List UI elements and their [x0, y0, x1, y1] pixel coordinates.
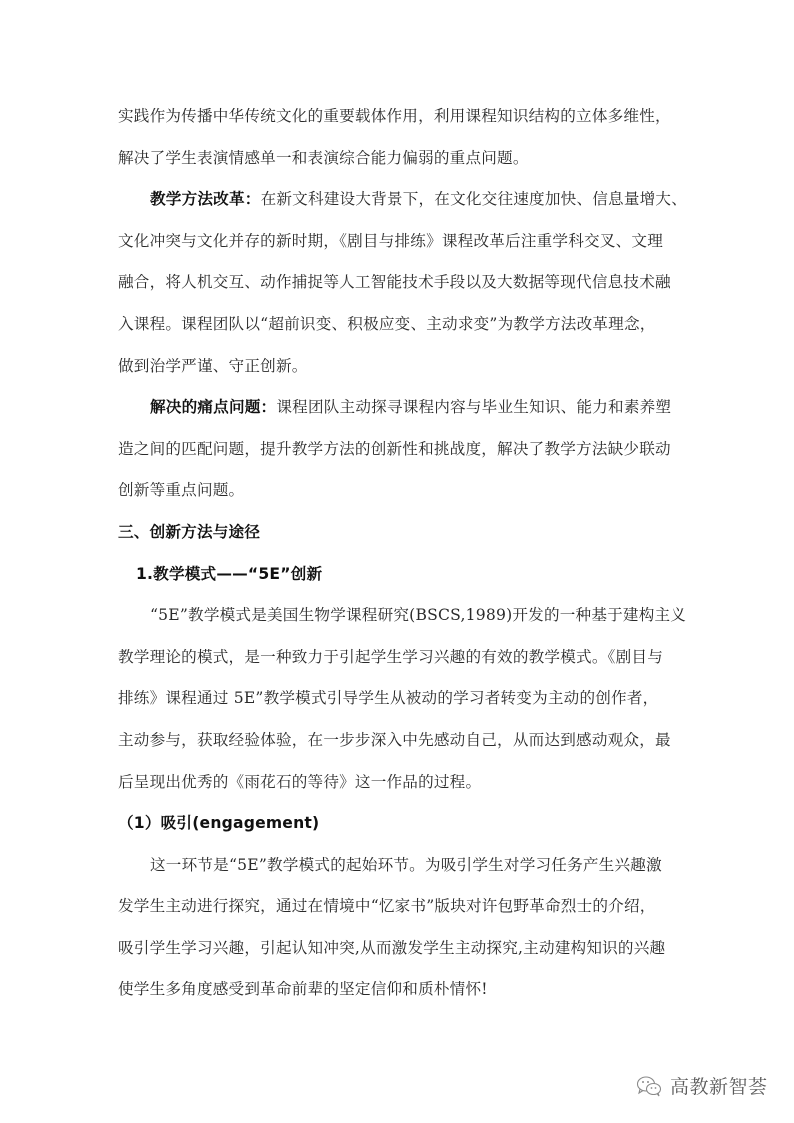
text-line: 吸引学生学习兴趣，引起认知冲突,从而激发学生主动探究,主动建构知识的兴趣: [118, 928, 674, 970]
text-line: 做到治学严谨、守正创新。: [118, 346, 674, 388]
paragraph-label: 教学方法改革：: [150, 190, 261, 208]
text-line: 使学生多角度感受到革命前辈的坚定信仰和质朴情怀!: [118, 969, 674, 1011]
item-heading: （1）吸引(engagement): [118, 803, 674, 845]
text-line: 实践作为传播中华传统文化的重要载体作用，利用课程知识结构的立体多维性，: [118, 96, 674, 138]
text-line: 主动参与，获取经验体验，在一步步深入中先感动自己，从而达到感动观众，最: [118, 720, 674, 762]
text-line: 造之间的匹配问题，提升教学方法的创新性和挑战度，解决了教学方法缺少联动: [118, 429, 674, 471]
text-line: 这一环节是“5E”教学模式的起始环节。为吸引学生对学习任务产生兴趣激: [118, 845, 674, 887]
text-line: 入课程。课程团队以“超前识变、积极应变、主动求变”为教学方法改革理念，: [118, 304, 674, 346]
wechat-icon: [636, 1075, 662, 1097]
document-page: 实践作为传播中华传统文化的重要载体作用，利用课程知识结构的立体多维性， 解决了学…: [118, 96, 674, 1011]
text-line: 后呈现出优秀的《雨花石的等待》这一作品的过程。: [118, 762, 674, 804]
watermark-text: 高教新智荟: [670, 1072, 768, 1099]
text-line: 文化冲突与文化并存的新时期，《剧目与排练》课程改革后注重学科交叉、文理: [118, 221, 674, 263]
section-heading: 三、创新方法与途径: [118, 512, 674, 554]
text-line: 创新等重点问题。: [118, 470, 674, 512]
paragraph-label: 解决的痛点问题：: [150, 398, 276, 416]
text-line: 融合，将人机交互、动作捕捉等人工智能技术手段以及大数据等现代信息技术融: [118, 262, 674, 304]
text-line: 课程团队主动探寻课程内容与毕业生知识、能力和素养塑: [276, 398, 671, 416]
text-line: 排练》课程通过 5E”教学模式引导学生从被动的学习者转变为主动的创作者，: [118, 678, 674, 720]
text-line: 在新文科建设大背景下，在文化交往速度加快、信息量增大、: [261, 190, 687, 208]
paragraph-pain-points: 解决的痛点问题：课程团队主动探寻课程内容与毕业生知识、能力和素养塑: [118, 387, 674, 429]
watermark: 高教新智荟: [636, 1072, 768, 1099]
text-line: “5E”教学模式是美国生物学课程研究(BSCS,1989)开发的一种基于建构主义: [118, 595, 674, 637]
text-line: 解决了学生表演情感单一和表演综合能力偏弱的重点问题。: [118, 138, 674, 180]
text-line: 发学生主动进行探究，通过在情境中“忆家书”版块对许包野革命烈士的介绍，: [118, 886, 674, 928]
text-line: 教学理论的模式，是一种致力于引起学生学习兴趣的有效的教学模式。《剧目与: [118, 637, 674, 679]
subsection-heading: 1.教学模式——“5E”创新: [118, 554, 674, 596]
paragraph-teaching-method-reform: 教学方法改革：在新文科建设大背景下，在文化交往速度加快、信息量增大、: [118, 179, 674, 221]
